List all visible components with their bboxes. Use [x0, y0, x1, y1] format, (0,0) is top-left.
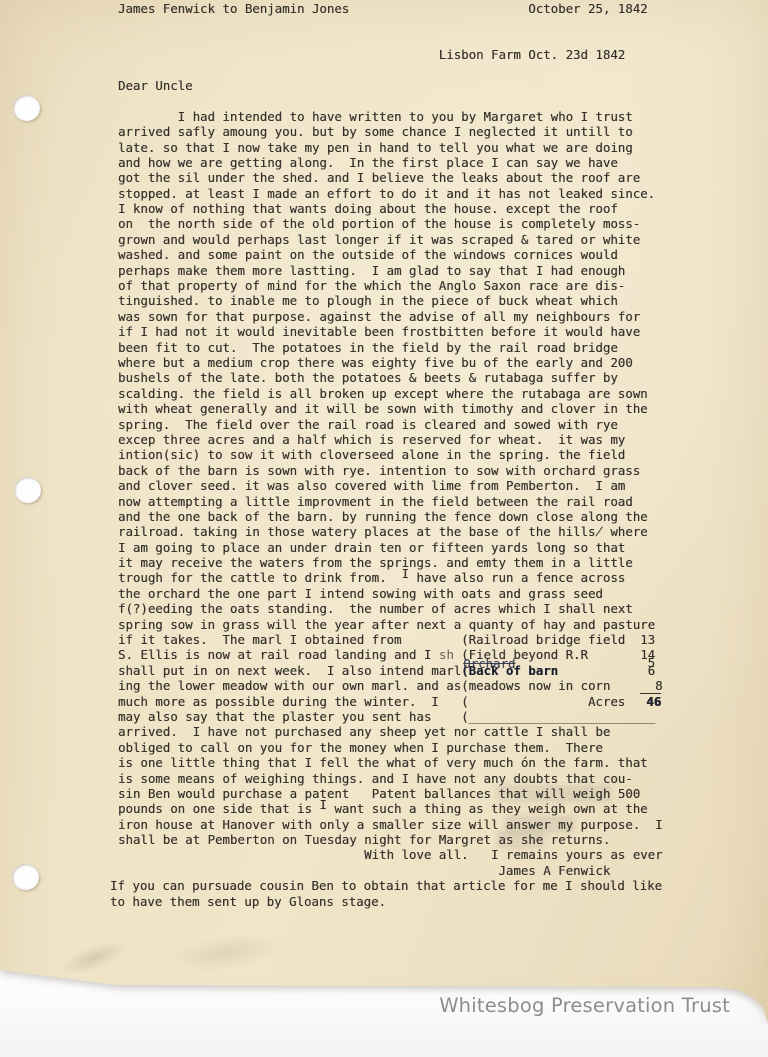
letter-line: now attempting a little improvment in th… — [118, 494, 663, 509]
letter-line: I had intended to have written to you by… — [118, 109, 663, 124]
hole-punch — [12, 864, 39, 890]
letter-line: obliged to call on you for the money whe… — [118, 740, 663, 755]
letter-line: where but a medium crop there was eighty… — [118, 355, 663, 370]
scanned-letter: James Fenwick to Benjamin Jones October … — [0, 0, 768, 1057]
letter-line: if it takes. The marl I obtained from (R… — [118, 632, 663, 647]
letter-line: of that property of mind for the which t… — [118, 278, 663, 293]
letter-line: shall be at Pemberton on Tuesday night f… — [118, 832, 663, 847]
hole-punch — [14, 477, 41, 503]
letter-line — [118, 63, 663, 78]
letter-line: intion(sic) to sow it with cloverseed al… — [118, 447, 663, 462]
letter-line: arrived safly amoung you. but by some ch… — [118, 124, 663, 139]
letter-line: to have them sent up by Gloans stage. — [118, 894, 663, 909]
letter-line: arrived. I have not purchased any sheep … — [118, 724, 663, 739]
letter-line: washed. and some paint on the outside of… — [118, 247, 663, 262]
hole-punch — [13, 95, 40, 121]
letter-line: much more as possible during the winter.… — [118, 694, 663, 709]
attribution-footer: Whitesbog Preservation Trust — [439, 994, 730, 1017]
letter-line: sin Ben would purchase a patent Patent b… — [118, 786, 663, 801]
paper-stain — [56, 934, 132, 981]
letter-line: spring. The field over the rail road is … — [118, 417, 663, 432]
letter-line: shall put in on next week. I also intend… — [118, 663, 663, 678]
letter-line: S. Ellis is now at rail road landing and… — [118, 647, 663, 662]
letter-line: if I had not it would inevitable been fr… — [118, 324, 663, 339]
letter-line: is one little thing that I fell the what… — [118, 755, 663, 770]
paper-stain — [168, 929, 282, 978]
letter-line: with wheat generally and it will be sown… — [118, 401, 663, 416]
letter-line: and how we are getting along. In the fir… — [118, 155, 663, 170]
letter-page-wrap: James Fenwick to Benjamin Jones October … — [0, 0, 768, 1057]
letter-line: is some means of weighing things. and I … — [118, 771, 663, 786]
letter-line: perhaps make them more lastting. I am gl… — [118, 263, 663, 278]
letter-line: was sown for that purpose. against the a… — [118, 309, 663, 324]
letter-line: excep three acres and a half which is re… — [118, 432, 663, 447]
letter-line: I am going to place an under drain ten o… — [118, 540, 663, 555]
letter-line: and clover seed. it was also covered wit… — [118, 478, 663, 493]
letter-line — [118, 32, 663, 47]
letter-line — [118, 93, 663, 108]
letter-page: James Fenwick to Benjamin Jones October … — [0, 0, 768, 1032]
letter-line: been fit to cut. The potatoes in the fie… — [118, 340, 663, 355]
letter-line: back of the barn is sown with rye. inten… — [118, 463, 663, 478]
letter-line: and the one back of the barn. by running… — [118, 509, 663, 524]
letter-line: scalding. the field is all broken up exc… — [118, 386, 663, 401]
letter-line: James Fenwick to Benjamin Jones October … — [118, 1, 663, 16]
letter-line: railroad. taking in those watery places … — [118, 524, 663, 539]
letter-line: the orchard the one part I intend sowing… — [118, 586, 663, 601]
letter-line: bushels of the late. both the potatoes &… — [118, 370, 663, 385]
letter-line: Lisbon Farm Oct. 23d 1842 — [118, 47, 663, 62]
letter-line: ing the lower meadow with our own marl. … — [118, 678, 663, 693]
letter-line: late. so that I now take my pen in hand … — [118, 140, 663, 155]
letter-line: If you can pursuade cousin Ben to obtain… — [118, 878, 663, 893]
letter-line: it may receive the waters from the sprin… — [118, 555, 663, 570]
letter-line: pounds on one side that is I want such a… — [118, 801, 663, 816]
letter-line: James A Fenwick — [118, 863, 663, 878]
letter-body: James Fenwick to Benjamin Jones October … — [118, 1, 663, 909]
letter-line: got the sil under the shed. and I believ… — [118, 170, 663, 185]
letter-line: grown and would perhaps last longer if i… — [118, 232, 663, 247]
letter-line: Dear Uncle — [118, 78, 663, 93]
letter-line: f(?)eeding the oats standing. the number… — [118, 601, 663, 616]
letter-line: I know of nothing that wants doing about… — [118, 201, 663, 216]
letter-line: stopped. at least I made an effort to do… — [118, 186, 663, 201]
letter-line: trough for the cattle to drink from. I h… — [118, 570, 663, 585]
letter-line: on the north side of the old portion of … — [118, 216, 663, 231]
letter-line: With love all. I remains yours as ever — [118, 847, 663, 862]
letter-line — [118, 16, 663, 31]
letter-line: spring sow in grass will the year after … — [118, 617, 663, 632]
letter-line: tinguished. to inable me to plough in th… — [118, 293, 663, 308]
letter-line: iron house at Hanover with only a smalle… — [118, 817, 663, 832]
letter-line: may also say that the plaster you sent h… — [118, 709, 663, 724]
